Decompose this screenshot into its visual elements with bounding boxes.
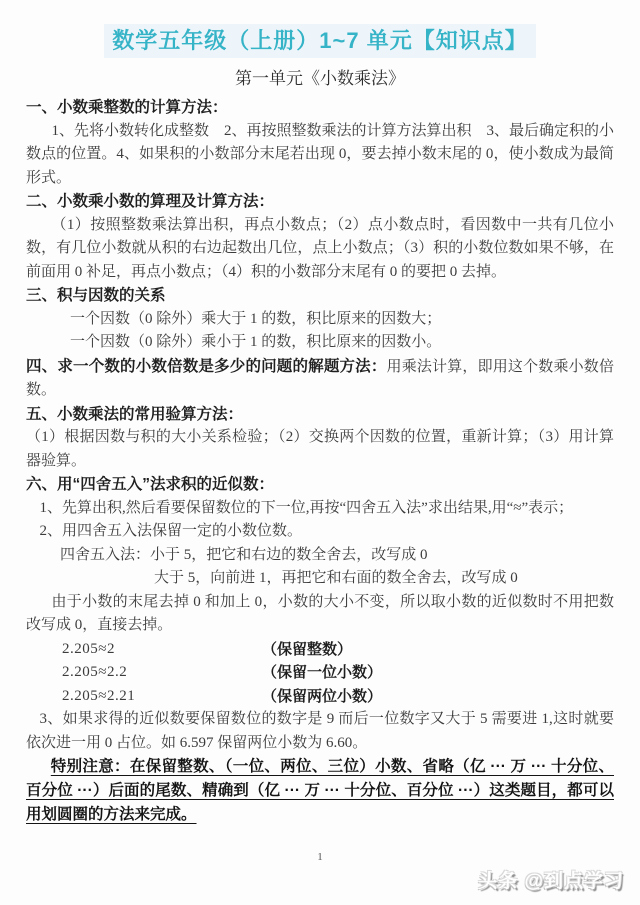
section-3-line2: 一个因数（0 除外）乘小于 1 的数，积比原来的因数小。 (26, 331, 614, 355)
title-row: 数学五年级（上册）1~7 单元【知识点】 (26, 24, 614, 58)
section-2-body: （1）按照整数乘法算出积，再点小数点；（2）点小数点时，看因数中一共有几位小数，… (26, 214, 614, 285)
example-label: （保留一位小数） (262, 661, 382, 685)
example-label: （保留整数） (262, 638, 352, 662)
section-4-heading: 四、求一个数的小数倍数是多少的问题的解题方法： (26, 358, 387, 375)
section-3-line1: 一个因数（0 除外）乘大于 1 的数，积比原来的因数大； (26, 308, 614, 332)
document-content: 数学五年级（上册）1~7 单元【知识点】 第一单元《小数乘法》 一、小数乘整数的… (0, 0, 640, 827)
page-title: 数学五年级（上册）1~7 单元【知识点】 (104, 24, 535, 58)
section-3-heading: 三、积与因数的关系 (26, 284, 614, 308)
unit-subtitle: 第一单元《小数乘法》 (26, 66, 614, 92)
example-row: 2.205≈2.21 （保留两位小数） (26, 685, 614, 709)
section-1-body: 1、先将小数转化成整数 2、再按照整数乘法的计算方法算出积 3、最后确定积的小数… (26, 120, 614, 191)
section-6-heading: 六、用“四舍五入”法求积的近似数： (26, 473, 614, 497)
section-5-body: （1）根据因数与积的大小关系检验；（2）交换两个因数的位置，重新计算；（3）用计… (26, 426, 614, 473)
example-row: 2.205≈2 （保留整数） (26, 638, 614, 662)
section-6-item2: 2、用四舍五入法保留一定的小数位数。 (26, 520, 614, 544)
rounding-rule-greater-than-5: 大于 5，向前进 1，再把它和右面的数全舍去，改写成 0 (26, 567, 614, 591)
example-label: （保留两位小数） (262, 685, 382, 709)
example-row: 2.205≈2.2 （保留一位小数） (26, 661, 614, 685)
special-note: 特别注意：在保留整数、（一位、两位、三位）小数、省略（亿 ··· 万 ··· 十… (26, 755, 614, 827)
section-4-paragraph: 四、求一个数的小数倍数是多少的问题的解题方法：用乘法计算，即用这个数乘小数倍数。 (26, 355, 614, 403)
example-expression: 2.205≈2.21 (62, 685, 262, 709)
section-6-item3: 3、如果求得的近似数要保留数位的数字是 9 而后一位数字又大于 5 需要进 1,… (26, 708, 614, 755)
watermark-toutiao: 头条 @到点学习 (478, 866, 624, 893)
section-6-item1: 1、先算出积,然后看要保留数位的下一位,再按“四舍五入法”求出结果,用“≈”表示… (26, 497, 614, 521)
section-2-heading: 二、小数乘小数的算理及计算方法： (26, 190, 614, 214)
document-page: 数学五年级（上册）1~7 单元【知识点】 第一单元《小数乘法》 一、小数乘整数的… (0, 0, 640, 905)
page-number: 1 (0, 851, 640, 863)
section-5-heading: 五、小数乘法的常用验算方法： (26, 403, 614, 427)
example-expression: 2.205≈2 (62, 638, 262, 662)
example-expression: 2.205≈2.2 (62, 661, 262, 685)
section-1-heading: 一、小数乘整数的计算方法： (26, 96, 614, 120)
rounding-rule-less-than-5: 四舍五入法：小于 5，把它和右边的数全舍去，改写成 0 (26, 544, 614, 568)
section-6-note: 由于小数的末尾去掉 0 和加上 0，小数的大小不变，所以取小数的近似数时不用把数… (26, 591, 614, 638)
